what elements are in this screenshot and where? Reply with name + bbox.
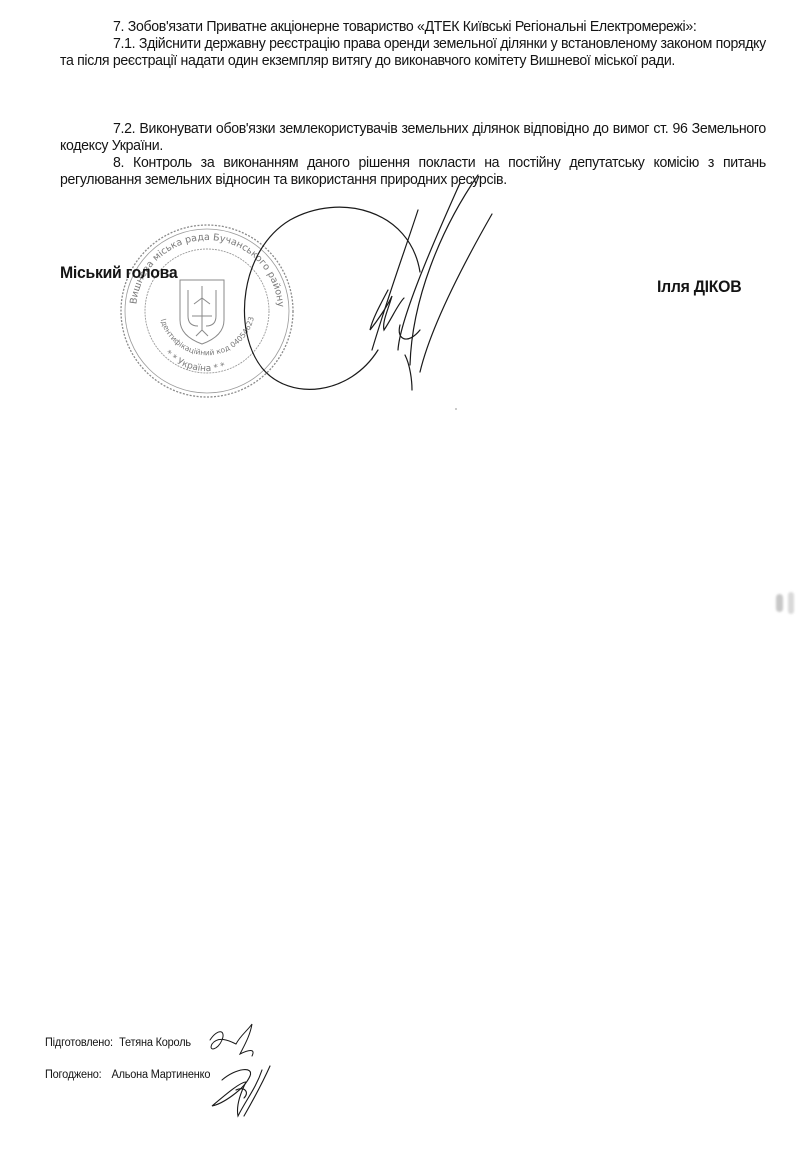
- paragraph-8: 8. Контроль за виконанням даного рішення…: [60, 154, 766, 188]
- agreed-signature: [212, 1066, 270, 1116]
- mayor-name: Ілля ДІКОВ: [657, 277, 741, 297]
- scan-speck: [752, 42, 754, 44]
- svg-text:Ідентифікаційний код 04054623: Ідентифікаційний код 04054623: [159, 315, 256, 357]
- paragraph-7-text: 7. Зобов'язати Приватне акціонерне товар…: [113, 18, 696, 35]
- paragraph-7: 7. Зобов'язати Приватне акціонерне товар…: [60, 18, 766, 35]
- agreed-by-line: Погоджено:Альона Мартиненко: [45, 1069, 210, 1081]
- paragraph-7-2: 7.2. Виконувати обов'язки землекористува…: [60, 120, 766, 154]
- document-page: 7. Зобов'язати Приватне акціонерне товар…: [0, 0, 800, 1153]
- prepared-label: Підготовлено:: [45, 1037, 119, 1049]
- paragraph-7-2-text: 7.2. Виконувати обов'язки землекористува…: [60, 120, 766, 154]
- prepared-name: Тетяна Король: [119, 1037, 191, 1049]
- scan-smudge: [772, 590, 798, 620]
- paragraph-8-text: 8. Контроль за виконанням даного рішення…: [60, 154, 766, 188]
- scan-speck: [455, 408, 457, 410]
- agreed-name: Альона Мартиненко: [112, 1069, 211, 1081]
- agreed-label: Погоджено:: [45, 1069, 112, 1081]
- official-stamp: Вишнева міська рада Бучанського району К…: [118, 222, 296, 400]
- paragraph-7-1: 7.1. Здійснити державну реєстрацію права…: [60, 35, 766, 69]
- paragraph-7-1-text: 7.1. Здійснити державну реєстрацію права…: [60, 35, 766, 69]
- prepared-by-line: Підготовлено:Тетяна Король: [45, 1037, 191, 1049]
- prepared-signature: [210, 1024, 253, 1056]
- stamp-inner-text: Ідентифікаційний код 04054623: [159, 315, 256, 357]
- trident-icon: [180, 280, 224, 344]
- mayor-title: Міський голова: [60, 263, 177, 283]
